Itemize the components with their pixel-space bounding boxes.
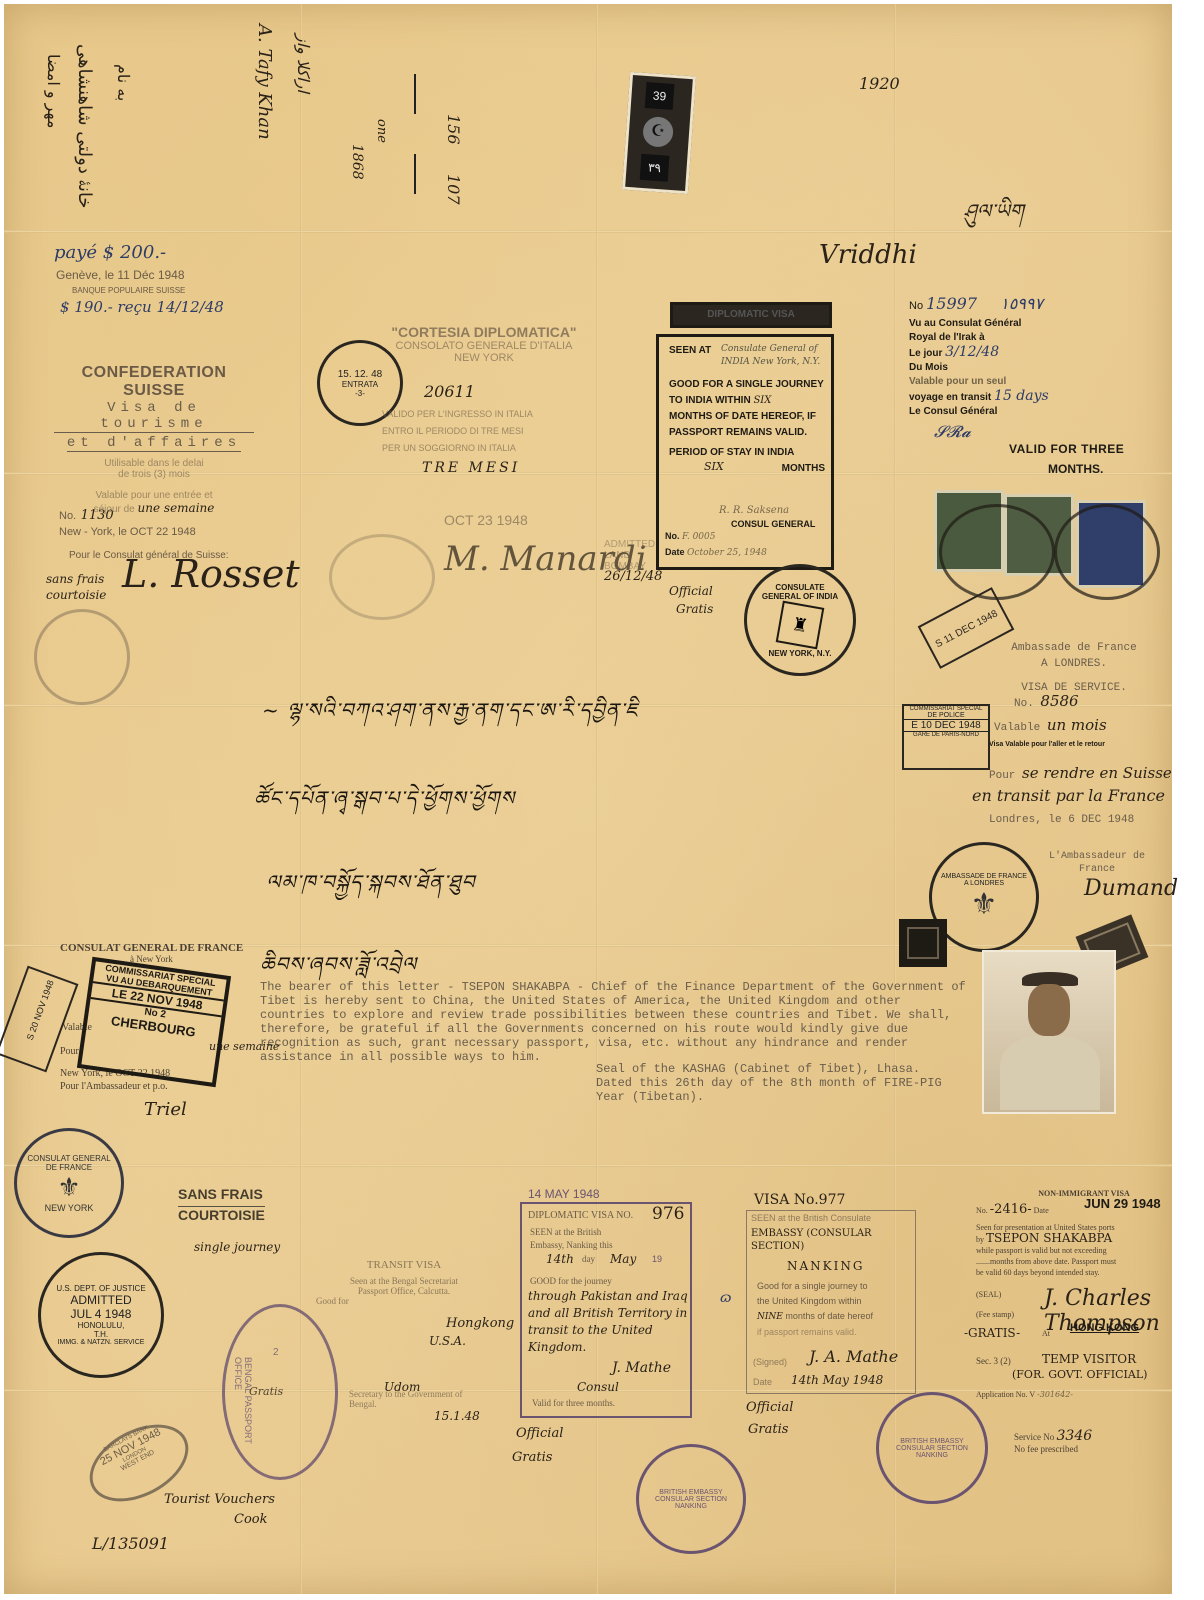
- paris-police-stamp: COMMISSARIAT SPECIAL DE POLICE E 10 DEC …: [902, 704, 990, 770]
- swiss-visa-date: New - York, le OCT 22 1948: [59, 526, 196, 538]
- ink-mark: [414, 154, 416, 194]
- handwritten-note: A. Tafy Khan: [254, 24, 275, 140]
- letter-signature-block: Seal of the KASHAG (Cabinet of Tibet), L…: [596, 1062, 942, 1104]
- italy-visa-number: 20611: [424, 382, 475, 401]
- revenue-stamp: 39 ☪ ٣٩: [622, 72, 696, 194]
- tibetan-script-line: ~ ལྷ་སའི་བཀའ་ཤག་ནས་རྒྱ་ནག་དང་ཨ་རི་དབྱིན་…: [262, 688, 638, 744]
- arabic-seal-block: ﺧﺎﻧﮥ ﺩﻭﻟﺘﯽ ﺷﺎﻫﻨﺸﺎﻫﯽ ﻣﻬﺮ ﻭ ﺍﻣﻀﺎ ﺑﻪ ﻧﺎﻡ: [34, 24, 154, 214]
- handwritten-note: ﺍﺭﺍﻛﻠﺎ ﻭﺍﺯ: [294, 34, 313, 93]
- signature: Dumand: [1084, 876, 1178, 901]
- bengal-oval-stamp: BENGAL PASSPORT OFFICE 2 Gratis: [222, 1304, 338, 1480]
- face: [1028, 984, 1070, 1036]
- faded-round-stamp: [329, 534, 435, 620]
- france-london-visa: Ambassade de France A LONDRES. VISA DE S…: [984, 640, 1164, 696]
- tibetan-script-line: ལམ་ཁ་བསྐྱོད་སྐབས་ཐོན་ཐུབ: [266, 860, 475, 916]
- handwritten-note: 1868: [349, 144, 365, 180]
- india-consulate-seal: CONSULATE GENERAL OF INDIA ♜ NEW YORK, N…: [744, 564, 856, 676]
- bengal-transit-visa: TRANSIT VISA Seen at the Bengal Secretar…: [304, 1259, 504, 1306]
- france-newyork-consulate-seal: CONSULAT GENERAL DE FRANCE ⚜ NEW YORK: [14, 1128, 124, 1238]
- italy-visa-text: VALIDO PER L'INGRESSO IN ITALIA ENTRO IL…: [382, 406, 533, 457]
- passport-document: ﺧﺎﻧﮥ ﺩﻭﻟﺘﯽ ﺷﺎﻫﻨﺸﺎﻫﯽ ﻣﻬﺮ ﻭ ﺍﻣﻀﺎ ﺑﻪ ﻧﺎﻡ A.…: [4, 4, 1172, 1594]
- india-diplomatic-visa-header: DIPLOMATIC VISA: [670, 302, 832, 328]
- signature: 𝓢𝓡𝓪: [934, 422, 971, 442]
- tibetan-script-line: ཚོང་དཔོན་ཞྭ་སྒབ་པ་དེ་ཕྱོགས་ཕྱོགས: [254, 776, 515, 832]
- letter-body: The bearer of this letter - TSEPON SHAKA…: [260, 980, 970, 1064]
- france-newyork-visa: CONSULAT GENERAL DE FRANCE à New York: [60, 942, 250, 964]
- signature: Triel: [144, 1099, 187, 1120]
- marianne-seal-icon: ⚜: [971, 887, 998, 922]
- faded-round-stamp: [34, 609, 130, 705]
- fold-line: [4, 1164, 1172, 1167]
- swiss-visa: CONFEDERATION SUISSE Visa de tourisme et…: [54, 364, 254, 515]
- kashag-seal-stamp: [899, 919, 947, 967]
- marianne-seal-icon: ⚜: [57, 1172, 80, 1203]
- bearer-photo: [982, 950, 1116, 1114]
- india-visa-box: SEEN AT Consulate General of INDIA New Y…: [656, 334, 834, 570]
- us-immigration-admitted-stamp: U.S. DEPT. OF JUSTICE ADMITTED JUL 4 194…: [38, 1252, 164, 1378]
- handwritten-note: one: [374, 119, 389, 143]
- uk-visa-976: DIPLOMATIC VISA NO. 976 SEEN at the Brit…: [520, 1202, 692, 1418]
- signature: J. A. Mathe: [809, 1347, 898, 1366]
- iraq-cancel-stamp: [939, 504, 1055, 600]
- iraq-visa: No 15997 ١٥٩٩٧ Vu au Consulat Général Ro…: [909, 294, 1129, 419]
- ink-mark: [414, 74, 416, 114]
- handwritten-number: 1920: [859, 74, 900, 93]
- ashoka-lion-emblem-icon: ♜: [776, 600, 825, 649]
- uk-visa-977: SEEN at the British Consulate EMBASSY (C…: [746, 1210, 916, 1394]
- handwritten-number: 156: [444, 114, 463, 145]
- handwritten-number: 107: [444, 174, 463, 205]
- handwritten-mark: ɷ: [720, 1290, 732, 1306]
- british-embassy-nanking-seal: BRITISH EMBASSY CONSULAR SECTION NANKING: [636, 1444, 746, 1554]
- iraq-cancel-stamp: [1054, 504, 1160, 600]
- handwritten-script: ཤུལ་ཡིག: [964, 189, 1024, 245]
- signature: L. Rosset: [122, 552, 300, 596]
- italy-visa: "CORTESIA DIPLOMATICA" CONSOLATO GENERAL…: [384, 324, 584, 364]
- cherbourg-landing-stamp: COMMISSARIAT SPECIAL VU AU DEBARQUEMENT …: [77, 957, 231, 1087]
- british-embassy-nanking-seal: BRITISH EMBASSY CONSULAR SECTION NANKING: [876, 1392, 988, 1504]
- signature: Vriddhi: [819, 240, 917, 270]
- crescent-star-icon: ☪: [642, 116, 674, 148]
- signature: J. Mathe: [612, 1360, 671, 1376]
- swiss-visa-number: No. 1130: [59, 506, 114, 524]
- robe: [1000, 1036, 1100, 1110]
